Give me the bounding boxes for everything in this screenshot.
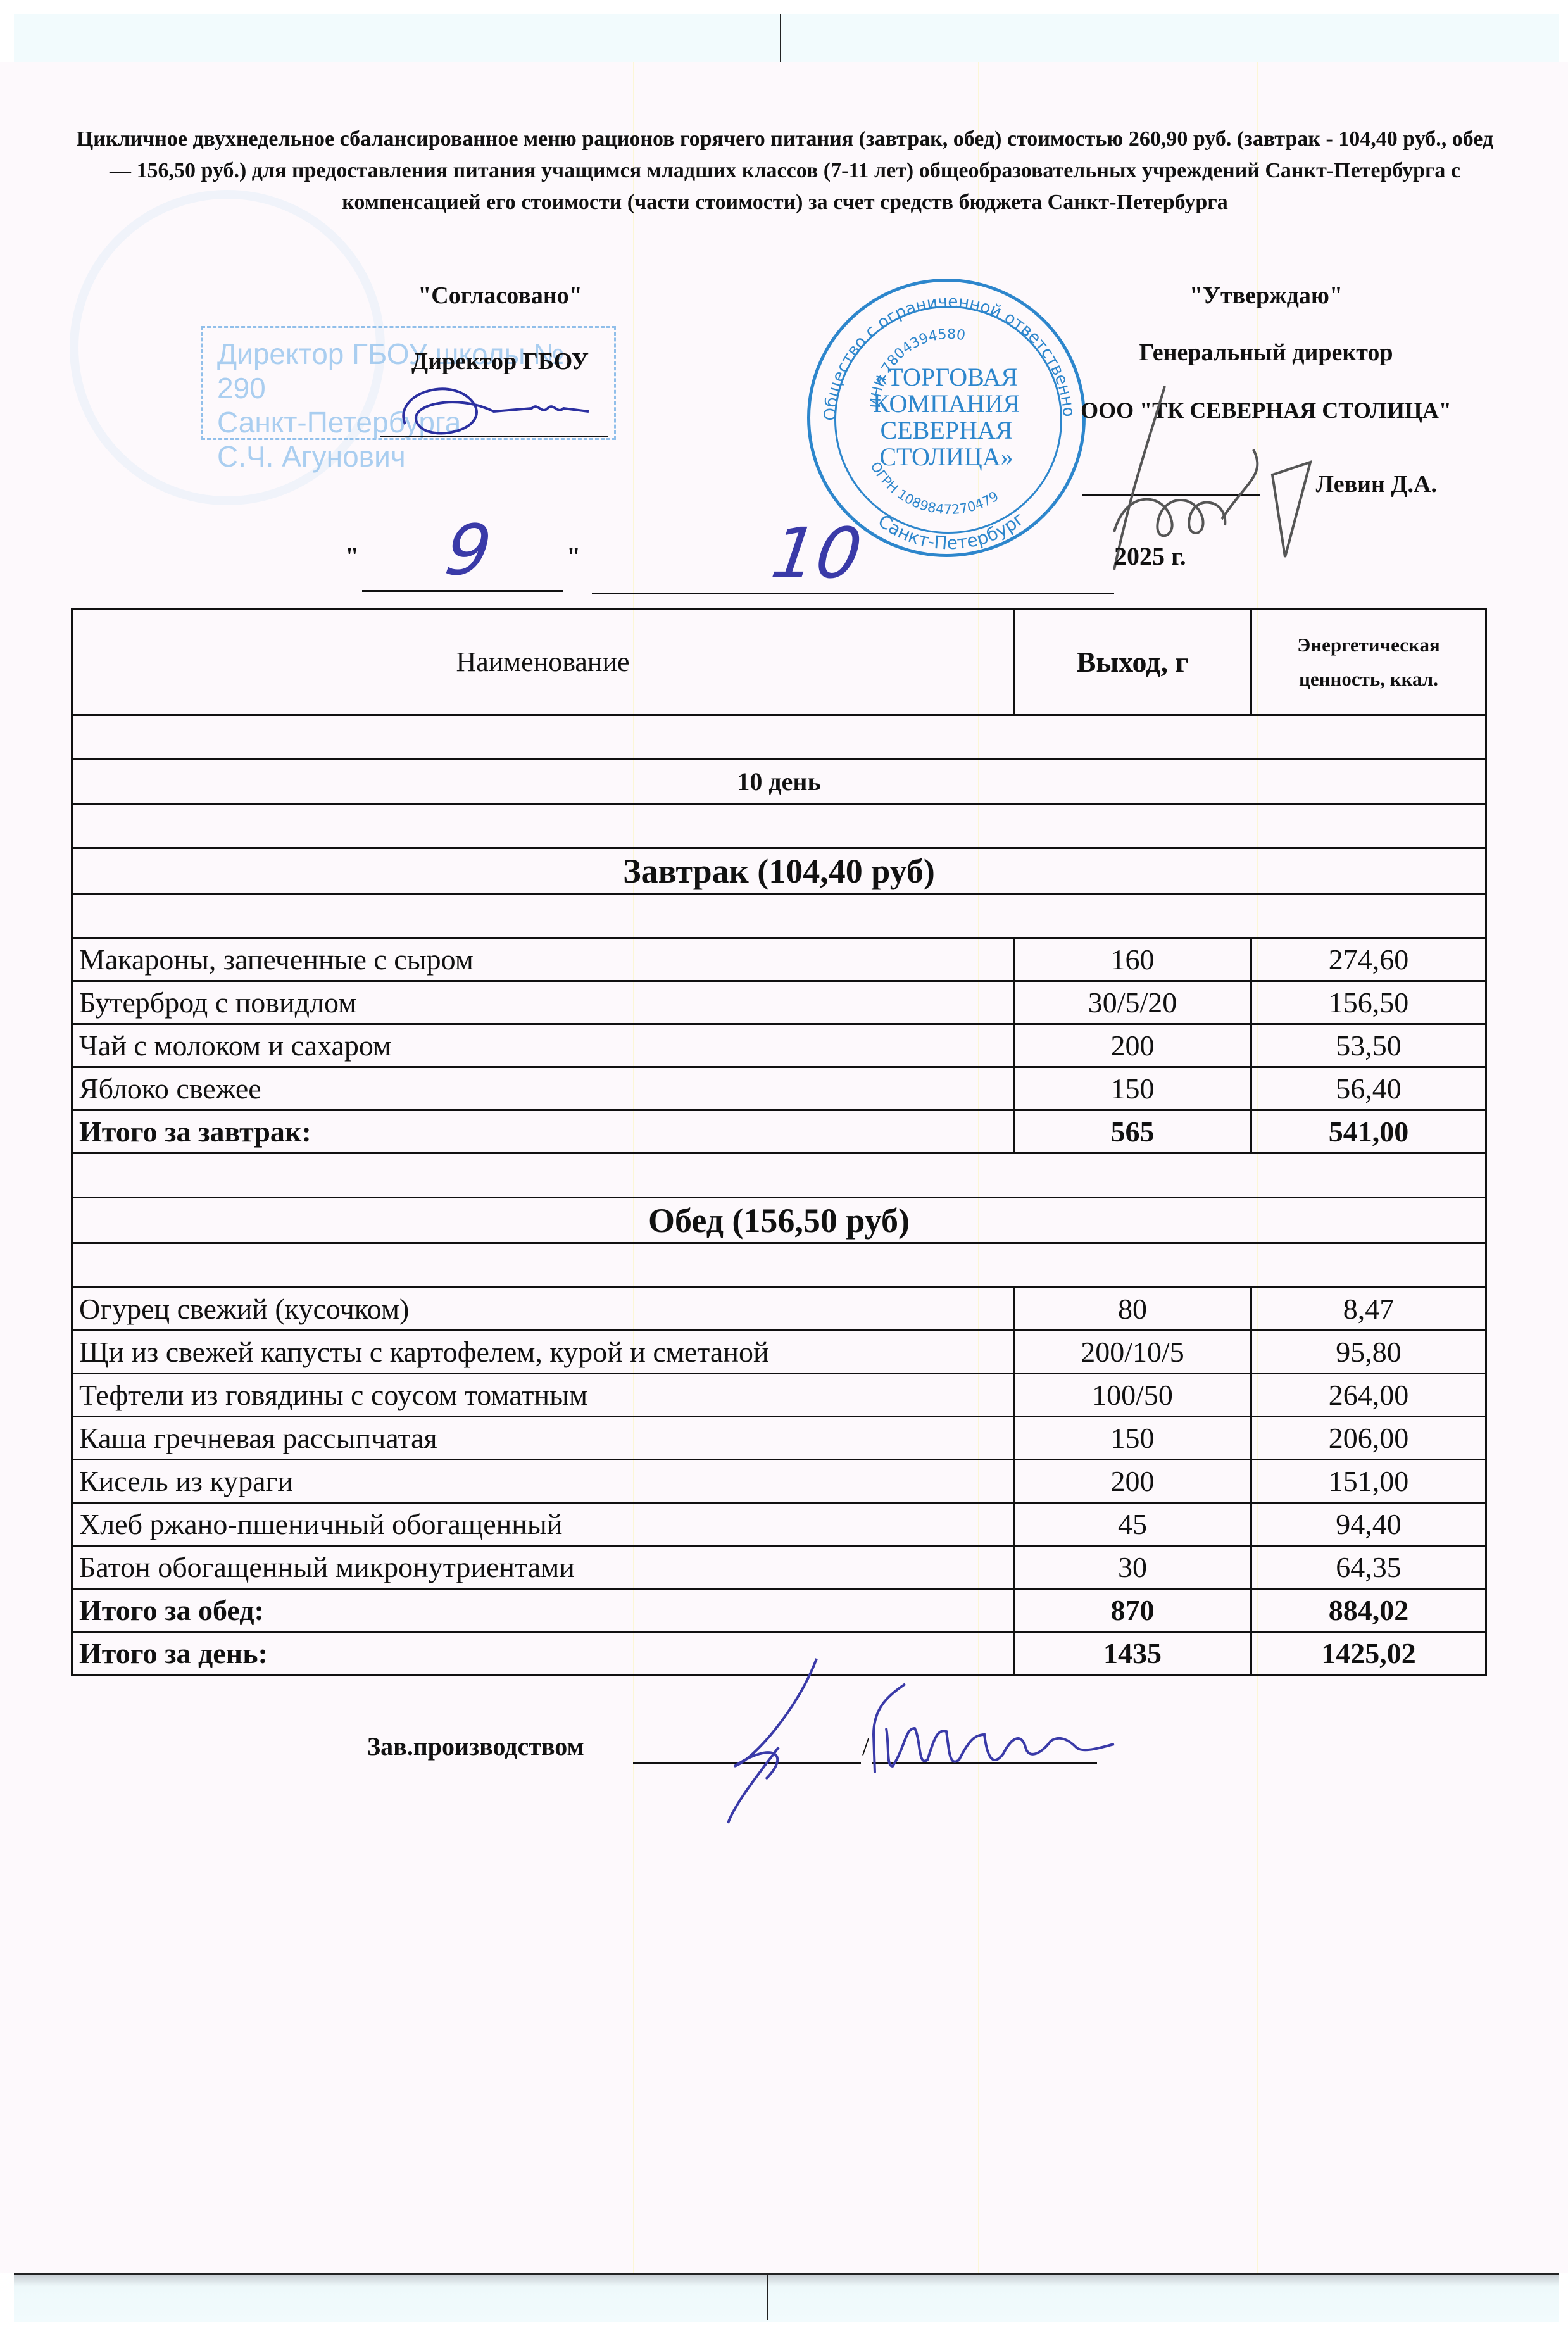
lunch-total-row: Итого за обед: 870 884,02 (72, 1589, 1486, 1632)
table-row: Батон обогащенный микронутриентами3064,3… (72, 1546, 1486, 1589)
footer-signature-icon (696, 1652, 1279, 1830)
item-yield: 80 (1014, 1288, 1251, 1331)
item-name: Чай с молоком и сахаром (72, 1024, 1014, 1067)
lunch-title: Обед (156,50 руб) (72, 1198, 1486, 1243)
item-name: Яблоко свежее (72, 1067, 1014, 1110)
table-row: Огурец свежий (кусочком)808,47 (72, 1288, 1486, 1331)
table-row: Яблоко свежее15056,40 (72, 1067, 1486, 1110)
table-header-row: Наименование Выход, г Энергетическая цен… (72, 609, 1486, 715)
table-row: Хлеб ржано-пшеничный обогащенный4594,40 (72, 1503, 1486, 1546)
item-yield: 200/10/5 (1014, 1331, 1251, 1374)
item-yield: 160 (1014, 938, 1251, 981)
table-row: Каша гречневая рассыпчатая150206,00 (72, 1417, 1486, 1460)
school-stamp-line: Санкт-Петербурга (217, 405, 600, 439)
lunch-section-row: Обед (156,50 руб) (72, 1198, 1486, 1243)
item-yield: 200 (1014, 1024, 1251, 1067)
item-name: Макароны, запеченные с сыром (72, 938, 1014, 981)
item-name: Каша гречневая рассыпчатая (72, 1417, 1014, 1460)
header-energy: Энергетическая ценность, ккал. (1251, 609, 1486, 715)
lunch-total-energy: 884,02 (1251, 1589, 1486, 1632)
item-energy: 94,40 (1251, 1503, 1486, 1546)
item-energy: 151,00 (1251, 1460, 1486, 1503)
spacer-row (72, 715, 1486, 760)
item-name: Бутерброд с повидлом (72, 981, 1014, 1024)
item-energy: 156,50 (1251, 981, 1486, 1024)
school-stamp-line: С.Ч. Агунович (217, 439, 600, 474)
menu-table: Наименование Выход, г Энергетическая цен… (71, 608, 1487, 1676)
breakfast-total-energy: 541,00 (1251, 1110, 1486, 1153)
approval-right-heading: "Утверждаю" (1189, 282, 1343, 309)
date-open-quote: " (345, 541, 359, 571)
item-energy: 274,60 (1251, 938, 1486, 981)
table-row: Макароны, запеченные с сыром160274,60 (72, 938, 1486, 981)
footer-label: Зав.производством (367, 1731, 584, 1761)
date-close-quote: " (567, 541, 580, 571)
table-row: Щи из свежей капусты с картофелем, курой… (72, 1331, 1486, 1374)
item-energy: 95,80 (1251, 1331, 1486, 1374)
date-month: 10 (767, 513, 867, 594)
item-name: Тефтели из говядины с соусом томатным (72, 1374, 1014, 1417)
date-day: 9 (441, 510, 496, 591)
approval-left-heading: "Согласовано" (418, 282, 582, 309)
item-yield: 30/5/20 (1014, 981, 1251, 1024)
day-total-energy: 1425,02 (1251, 1632, 1486, 1675)
item-energy: 64,35 (1251, 1546, 1486, 1589)
day-row: 10 день (72, 760, 1486, 804)
item-energy: 53,50 (1251, 1024, 1486, 1067)
item-name: Щи из свежей капусты с картофелем, курой… (72, 1331, 1014, 1374)
approval-right: "Утверждаю" Генеральный директор ООО "ТК… (1013, 282, 1519, 424)
header-yield: Выход, г (1014, 609, 1251, 715)
day-total-row: Итого за день: 1435 1425,02 (72, 1632, 1486, 1675)
item-yield: 150 (1014, 1067, 1251, 1110)
scan-bottom-band (14, 2273, 1559, 2322)
approval-right-position: Генеральный директор (1013, 339, 1519, 367)
item-energy: 206,00 (1251, 1417, 1486, 1460)
item-energy: 8,47 (1251, 1288, 1486, 1331)
fold-line-bottom (767, 2275, 768, 2320)
item-energy: 264,00 (1251, 1374, 1486, 1417)
day-total-label: Итого за день: (72, 1632, 1014, 1675)
item-yield: 45 (1014, 1503, 1251, 1546)
footer-name-line (872, 1762, 1097, 1764)
scan-top-band (14, 14, 1559, 62)
item-name: Хлеб ржано-пшеничный обогащенный (72, 1503, 1014, 1546)
breakfast-section-row: Завтрак (104,40 руб) (72, 848, 1486, 894)
item-name: Батон обогащенный микронутриентами (72, 1546, 1014, 1589)
item-yield: 200 (1014, 1460, 1251, 1503)
breakfast-total-yield: 565 (1014, 1110, 1251, 1153)
approval-left: "Согласовано" Директор ГБОУ (354, 282, 646, 375)
footer-signature-line (633, 1762, 861, 1764)
table-row: Кисель из кураги200151,00 (72, 1460, 1486, 1503)
item-name: Кисель из кураги (72, 1460, 1014, 1503)
item-yield: 30 (1014, 1546, 1251, 1589)
day-total-yield: 1435 (1014, 1632, 1251, 1675)
signature-line-right (1082, 494, 1260, 496)
date-year: 2025 г. (1114, 541, 1186, 571)
table-row: Чай с молоком и сахаром20053,50 (72, 1024, 1486, 1067)
day-label: 10 день (72, 760, 1486, 804)
item-name: Огурец свежий (кусочком) (72, 1288, 1014, 1331)
spacer-row (72, 894, 1486, 938)
lunch-total-label: Итого за обед: (72, 1589, 1014, 1632)
fold-line-top (780, 14, 781, 62)
spacer-row (72, 804, 1486, 848)
breakfast-title: Завтрак (104,40 руб) (72, 848, 1486, 894)
seal-name-line: СТОЛИЦА» (810, 444, 1082, 470)
item-yield: 100/50 (1014, 1374, 1251, 1417)
table-row: Бутерброд с повидлом30/5/20156,50 (72, 981, 1486, 1024)
table-row: Тефтели из говядины с соусом томатным100… (72, 1374, 1486, 1417)
header-name: Наименование (72, 609, 1014, 715)
spacer-row (72, 1153, 1486, 1198)
approval-left-position: Директор ГБОУ (354, 348, 646, 375)
spacer-row (72, 1243, 1486, 1288)
footer-separator: / (862, 1731, 869, 1761)
signature-line-left (380, 436, 608, 437)
item-energy: 56,40 (1251, 1067, 1486, 1110)
approval-right-company: ООО "ТК СЕВЕРНАЯ СТОЛИЦА" (1013, 397, 1519, 424)
breakfast-total-row: Итого за завтрак: 565 541,00 (72, 1110, 1486, 1153)
item-yield: 150 (1014, 1417, 1251, 1460)
breakfast-total-label: Итого за завтрак: (72, 1110, 1014, 1153)
lunch-total-yield: 870 (1014, 1589, 1251, 1632)
